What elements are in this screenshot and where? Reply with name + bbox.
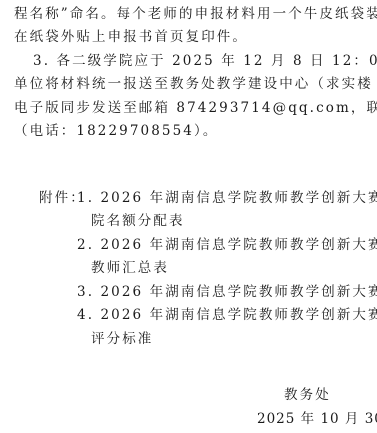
body-text-line: 程名称”命名。每个老师的申报材料用一个牛皮纸袋装好，并 bbox=[14, 5, 377, 23]
body-text-line: 在纸袋外贴上申报书首页复印件。 bbox=[14, 28, 248, 46]
body-text-line: （电话：18229708554）。 bbox=[14, 122, 218, 140]
body-text-line: 电子版同步发送至邮箱 874293714@qq.com，联系人：杨玉梅 bbox=[14, 99, 377, 117]
signature-office: 教务处 bbox=[284, 386, 331, 404]
body-text-line: 单位将材料统一报送至教务处教学建设中心（求实楼 207 室）， bbox=[14, 75, 377, 93]
attachment-item: 1. 2026 年湖南信息学院教师教学创新大赛各二级学 bbox=[77, 189, 377, 207]
body-text-line: 3. 各二级学院应于 2025 年 12 月 8 日 12：00 前以学院为 bbox=[33, 52, 377, 70]
attachment-item-continued: 教师汇总表 bbox=[91, 259, 169, 277]
attachment-item: 3. 2026 年湖南信息学院教师教学创新大赛申报材料 bbox=[77, 283, 377, 301]
attachment-item: 2. 2026 年湖南信息学院教师教学创新大赛复赛推荐 bbox=[77, 236, 377, 254]
attachment-item: 4. 2026 年湖南信息学院教师教学创新大赛申报材料 bbox=[77, 306, 377, 324]
attachment-item-continued: 评分标准 bbox=[91, 330, 153, 348]
signature-date: 2025 年 10 月 30 日 bbox=[257, 410, 377, 428]
attachment-item-continued: 院名额分配表 bbox=[91, 212, 185, 230]
